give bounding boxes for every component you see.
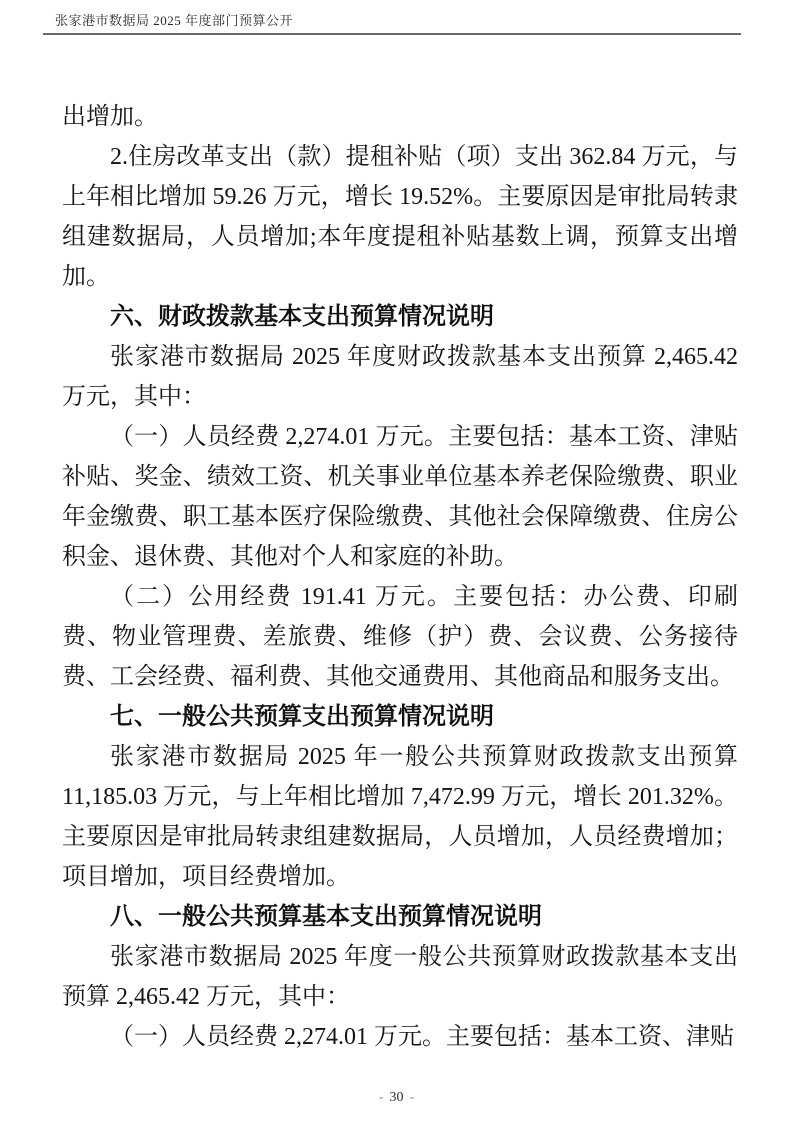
page-number-left-dash: -: [373, 1090, 390, 1105]
page-number: 30: [390, 1090, 404, 1105]
section-heading: 六、财政拨款基本支出预算情况说明: [62, 297, 738, 337]
page-header: 张家港市数据局 2025 年度部门预算公开: [43, 0, 741, 35]
body-paragraph: （二）公用经费 191.41 万元。主要包括：办公费、印刷费、物业管理费、差旅费…: [62, 577, 738, 697]
body-paragraph: （一）人员经费 2,274.01 万元。主要包括：基本工资、津贴: [62, 1017, 738, 1057]
body-paragraph: （一）人员经费 2,274.01 万元。主要包括：基本工资、津贴补贴、奖金、绩效…: [62, 417, 738, 577]
body-paragraph: 张家港市数据局 2025 年一般公共预算财政拨款支出预算 11,185.03 万…: [62, 737, 738, 897]
section-heading: 八、一般公共预算基本支出预算情况说明: [62, 897, 738, 937]
header-rule: [43, 33, 741, 35]
body-paragraph: 张家港市数据局 2025 年度财政拨款基本支出预算 2,465.42 万元，其中…: [62, 337, 738, 417]
header-title: 张家港市数据局 2025 年度部门预算公开: [43, 13, 741, 28]
document-body: 出增加。2.住房改革支出（款）提租补贴（项）支出 362.84 万元，与上年相比…: [62, 97, 738, 1057]
document-page: 张家港市数据局 2025 年度部门预算公开 出增加。2.住房改革支出（款）提租补…: [0, 0, 793, 1122]
body-paragraph: 张家港市数据局 2025 年度一般公共预算财政拨款基本支出预算 2,465.42…: [62, 937, 738, 1017]
page-number-right-dash: -: [404, 1090, 421, 1105]
page-footer: -30-: [0, 1090, 793, 1106]
body-paragraph: 2.住房改革支出（款）提租补贴（项）支出 362.84 万元，与上年相比增加 5…: [62, 137, 738, 297]
body-paragraph: 出增加。: [62, 97, 738, 137]
section-heading: 七、一般公共预算支出预算情况说明: [62, 697, 738, 737]
